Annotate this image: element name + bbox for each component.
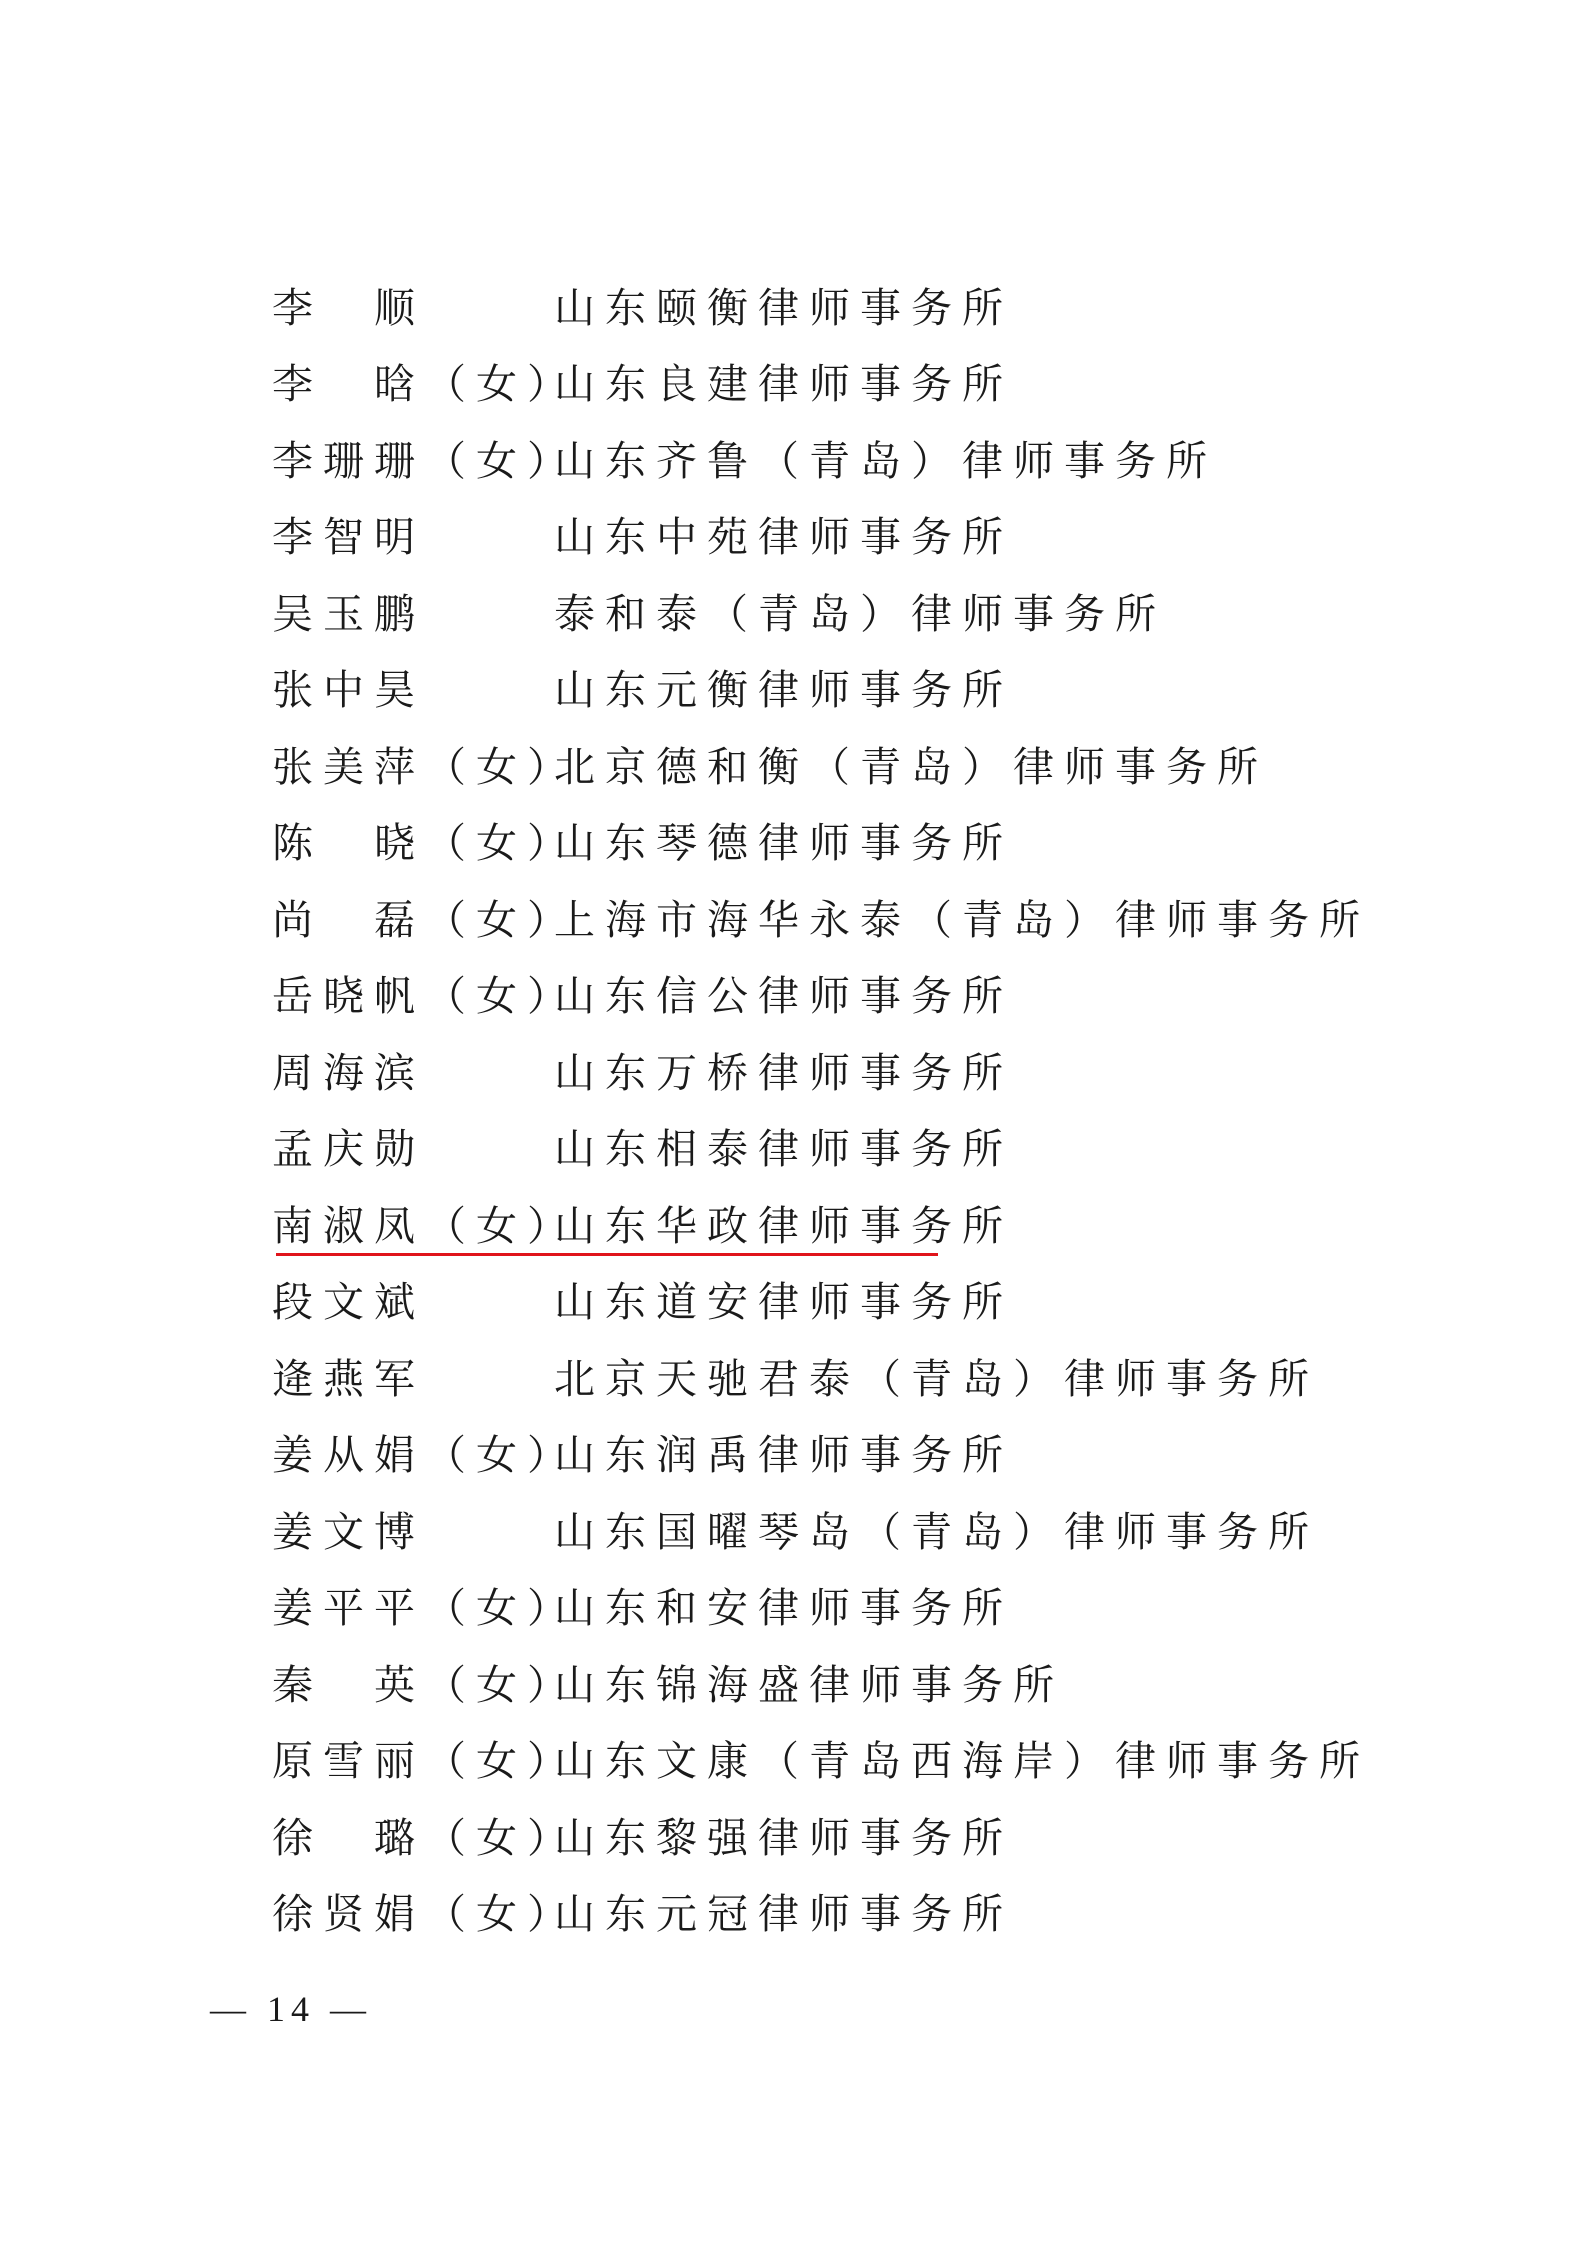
law-firm: 山东颐衡律师事务所 [554,275,1013,334]
list-item: 张美萍（女）北京德和衡（青岛）律师事务所 [272,725,1372,802]
list-item: 徐贤娟（女）山东元冠律师事务所 [272,1873,1372,1950]
lawyer-name: 李智明 [272,504,554,563]
document-page: 李 顺山东颐衡律师事务所 李 晗（女）山东良建律师事务所 李珊珊（女）山东齐鲁（… [0,0,1589,2246]
list-item: 李智明山东中苑律师事务所 [272,496,1372,573]
list-item: 姜从娟（女）山东润禹律师事务所 [272,1414,1372,1491]
law-firm: 山东华政律师事务所 [554,1193,1013,1252]
list-item: 秦 英（女）山东锦海盛律师事务所 [272,1643,1372,1720]
law-firm: 北京天驰君泰（青岛）律师事务所 [554,1346,1319,1405]
law-firm: 山东润禹律师事务所 [554,1422,1013,1481]
list-item: 徐 璐（女）山东黎强律师事务所 [272,1796,1372,1873]
law-firm: 山东万桥律师事务所 [554,1040,1013,1099]
lawyer-name: 原雪丽（女） [272,1728,554,1787]
list-item: 张中昊山东元衡律师事务所 [272,649,1372,726]
law-firm: 山东元冠律师事务所 [554,1881,1013,1940]
lawyer-name: 岳晓帆（女） [272,963,554,1022]
lawyer-name: 段文斌 [272,1269,554,1328]
list-item: 李珊珊（女）山东齐鲁（青岛）律师事务所 [272,419,1372,496]
law-firm: 山东中苑律师事务所 [554,504,1013,563]
law-firm: 山东和安律师事务所 [554,1575,1013,1634]
lawyer-name: 徐贤娟（女） [272,1881,554,1940]
law-firm: 山东锦海盛律师事务所 [554,1652,1064,1711]
list-item: 姜文博山东国曜琴岛（青岛）律师事务所 [272,1490,1372,1567]
list-item: 姜平平（女）山东和安律师事务所 [272,1567,1372,1644]
lawyer-name: 徐 璐（女） [272,1805,554,1864]
law-firm: 北京德和衡（青岛）律师事务所 [554,734,1268,793]
law-firm: 山东黎强律师事务所 [554,1805,1013,1864]
page-number: — 14 — [210,1988,372,2030]
list-item: 尚 磊（女）上海市海华永泰（青岛）律师事务所 [272,878,1372,955]
list-item: 李 顺山东颐衡律师事务所 [272,266,1372,343]
list-item: 逄燕军北京天驰君泰（青岛）律师事务所 [272,1337,1372,1414]
law-firm: 山东相泰律师事务所 [554,1116,1013,1175]
list-item: 岳晓帆（女）山东信公律师事务所 [272,955,1372,1032]
law-firm: 山东信公律师事务所 [554,963,1013,1022]
law-firm: 山东良建律师事务所 [554,351,1013,410]
list-item: 陈 晓（女）山东琴德律师事务所 [272,802,1372,879]
list-item: 段文斌山东道安律师事务所 [272,1261,1372,1338]
law-firm: 山东齐鲁（青岛）律师事务所 [554,428,1217,487]
law-firm: 山东琴德律师事务所 [554,810,1013,869]
list-item: 孟庆勋山东相泰律师事务所 [272,1108,1372,1185]
lawyer-name: 陈 晓（女） [272,810,554,869]
lawyer-name: 南淑凤（女） [272,1193,554,1252]
lawyer-name: 尚 磊（女） [272,887,554,946]
law-firm: 山东元衡律师事务所 [554,657,1013,716]
lawyer-name: 李 晗（女） [272,351,554,410]
law-firm: 上海市海华永泰（青岛）律师事务所 [554,887,1370,946]
list-item: 李 晗（女）山东良建律师事务所 [272,343,1372,420]
lawyer-name: 吴玉鹏 [272,581,554,640]
lawyer-name: 逄燕军 [272,1346,554,1405]
list-item: 吴玉鹏泰和泰（青岛）律师事务所 [272,572,1372,649]
lawyer-name: 秦 英（女） [272,1652,554,1711]
law-firm: 山东文康（青岛西海岸）律师事务所 [554,1728,1370,1787]
lawyer-name: 孟庆勋 [272,1116,554,1175]
list-item: 周海滨山东万桥律师事务所 [272,1031,1372,1108]
lawyer-name: 李珊珊（女） [272,428,554,487]
lawyer-name: 姜从娟（女） [272,1422,554,1481]
lawyer-name: 张中昊 [272,657,554,716]
lawyer-name: 李 顺 [272,275,554,334]
lawyer-name: 姜文博 [272,1499,554,1558]
law-firm: 山东道安律师事务所 [554,1269,1013,1328]
list-item-underlined: 南淑凤（女）山东华政律师事务所 [272,1184,1372,1261]
law-firm: 泰和泰（青岛）律师事务所 [554,581,1166,640]
lawyer-name: 周海滨 [272,1040,554,1099]
law-firm: 山东国曜琴岛（青岛）律师事务所 [554,1499,1319,1558]
lawyer-list: 李 顺山东颐衡律师事务所 李 晗（女）山东良建律师事务所 李珊珊（女）山东齐鲁（… [272,266,1372,1949]
lawyer-name: 姜平平（女） [272,1575,554,1634]
lawyer-name: 张美萍（女） [272,734,554,793]
list-item: 原雪丽（女）山东文康（青岛西海岸）律师事务所 [272,1720,1372,1797]
